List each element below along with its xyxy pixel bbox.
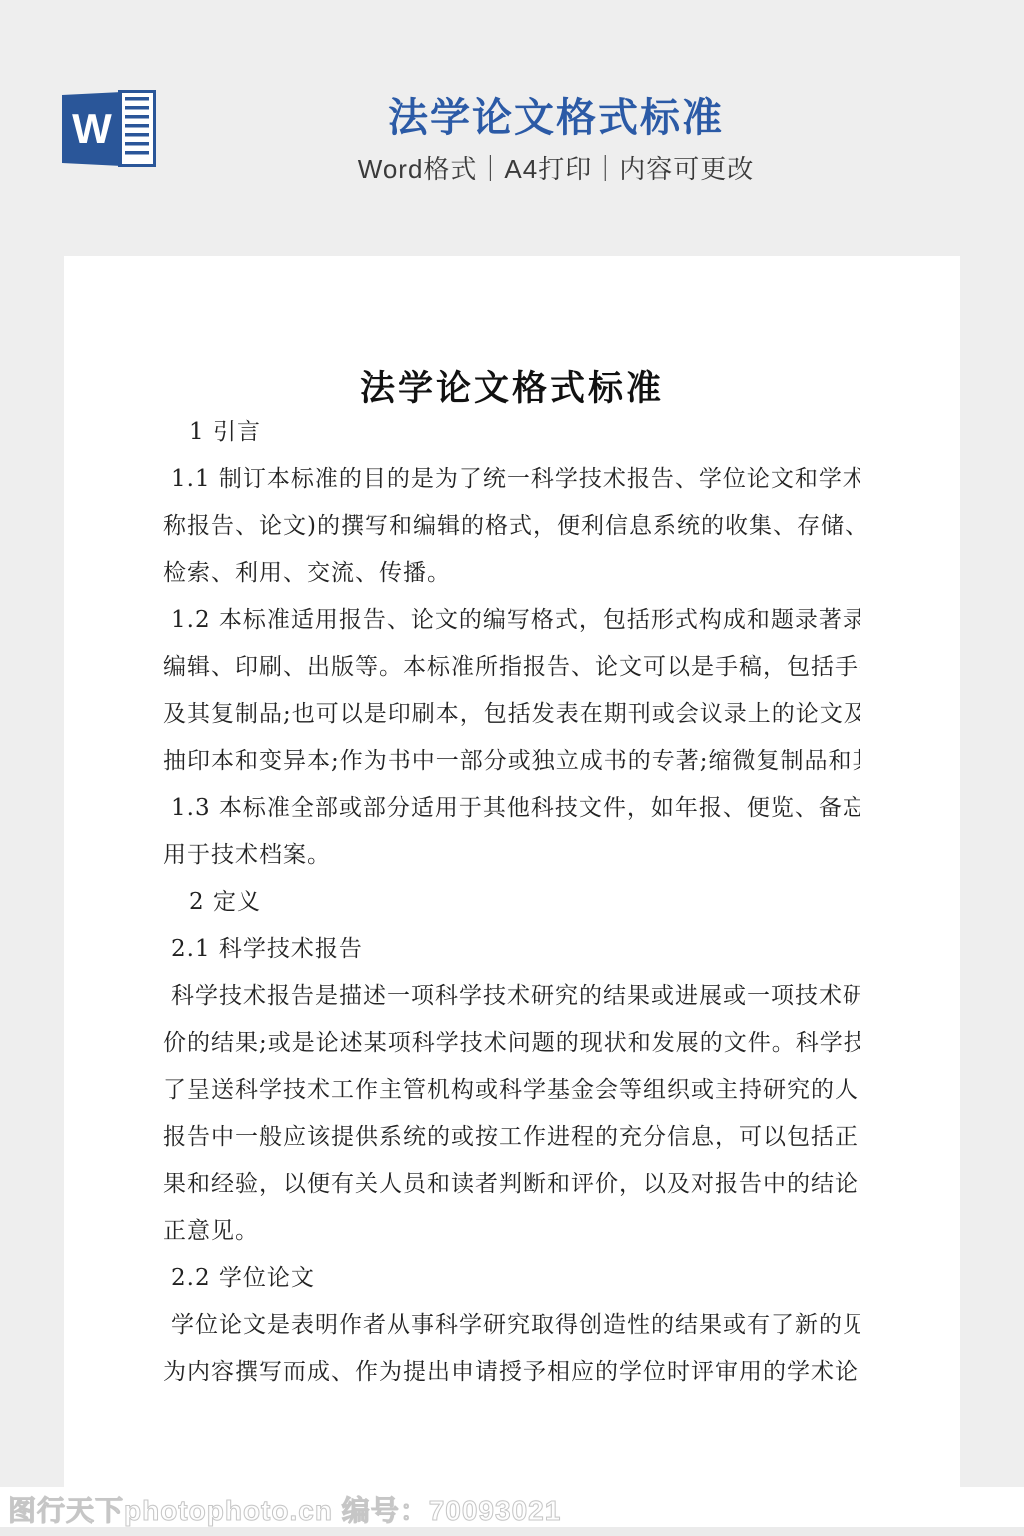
word-icon-w-panel: W [62, 92, 122, 166]
doc-line: 正意见。 [163, 1208, 860, 1255]
word-file-icon: W [62, 90, 156, 168]
doc-line: 抽印本和变异本;作为书中一部分或独立成书的专著;缩微复制品和其他形式。 [163, 738, 860, 785]
template-title: 法学论文格式标准 [170, 96, 942, 140]
doc-line: 编辑、印刷、出版等。本标准所指报告、论文可以是手稿，包括手抄本和打字本 [163, 644, 860, 691]
header: 法学论文格式标准 Word格式｜A4打印｜内容可更改 [170, 96, 942, 184]
doc-line: 1.3 本标准全部或部分适用于其他科技文件，如年报、便览、备忘录等，也适 [163, 785, 860, 832]
doc-line: 2 定义 [163, 879, 860, 926]
footer-watermark-bar: 图行天下photophoto.cn 编号：70093021 [0, 1487, 1024, 1527]
word-icon-document-part [118, 90, 156, 167]
bottom-strip [0, 1527, 1024, 1536]
doc-body: 1 引言1.1 制订本标准的目的是为了统一科学技术报告、学位论文和学术论文(以下… [64, 409, 960, 1396]
doc-line: 检索、利用、交流、传播。 [163, 550, 860, 597]
doc-line: 价的结果;或是论述某项科学技术问题的现状和发展的文件。科学技术报告是为 [163, 1020, 860, 1067]
word-icon-letter: W [72, 105, 112, 153]
template-subtitle: Word格式｜A4打印｜内容可更改 [170, 154, 942, 184]
doc-line: 及其复制品;也可以是印刷本，包括发表在期刊或会议录上的论文及其预印本、 [163, 691, 860, 738]
doc-line: 2.2 学位论文 [163, 1255, 860, 1302]
doc-line: 学位论文是表明作者从事科学研究取得创造性的结果或有了新的见解，并以此 [163, 1302, 860, 1349]
doc-line: 2.1 科学技术报告 [163, 926, 860, 973]
doc-line: 1.2 本标准适用报告、论文的编写格式，包括形式构成和题录著录及其撰写、 [163, 597, 860, 644]
doc-line: 为内容撰写而成、作为提出申请授予相应的学位时评审用的学术论文。学士论文 [163, 1349, 860, 1396]
doc-line: 1.1 制订本标准的目的是为了统一科学技术报告、学位论文和学术论文(以下简 [163, 456, 860, 503]
watermark-text: 图行天下photophoto.cn 编号：70093021 [8, 1489, 561, 1529]
doc-line: 了呈送科学技术工作主管机构或科学基金会等组织或主持研究的人等。科学技术 [163, 1067, 860, 1114]
doc-line: 报告中一般应该提供系统的或按工作进程的充分信息，可以包括正反两方面的结 [163, 1114, 860, 1161]
doc-line: 用于技术档案。 [163, 832, 860, 879]
doc-line: 果和经验，以便有关人员和读者判断和评价，以及对报告中的结论和建议提出修 [163, 1161, 860, 1208]
document-page: 法学论文格式标准 1 引言1.1 制订本标准的目的是为了统一科学技术报告、学位论… [64, 256, 960, 1487]
doc-line: 1 引言 [163, 409, 860, 456]
document-title: 法学论文格式标准 [64, 369, 960, 409]
doc-line: 称报告、论文)的撰写和编辑的格式，便利信息系统的收集、存储、处理、加工、 [163, 503, 860, 550]
word-icon-text-lines [125, 97, 149, 160]
doc-line: 科学技术报告是描述一项科学技术研究的结果或进展或一项技术研制试验和评 [163, 973, 860, 1020]
